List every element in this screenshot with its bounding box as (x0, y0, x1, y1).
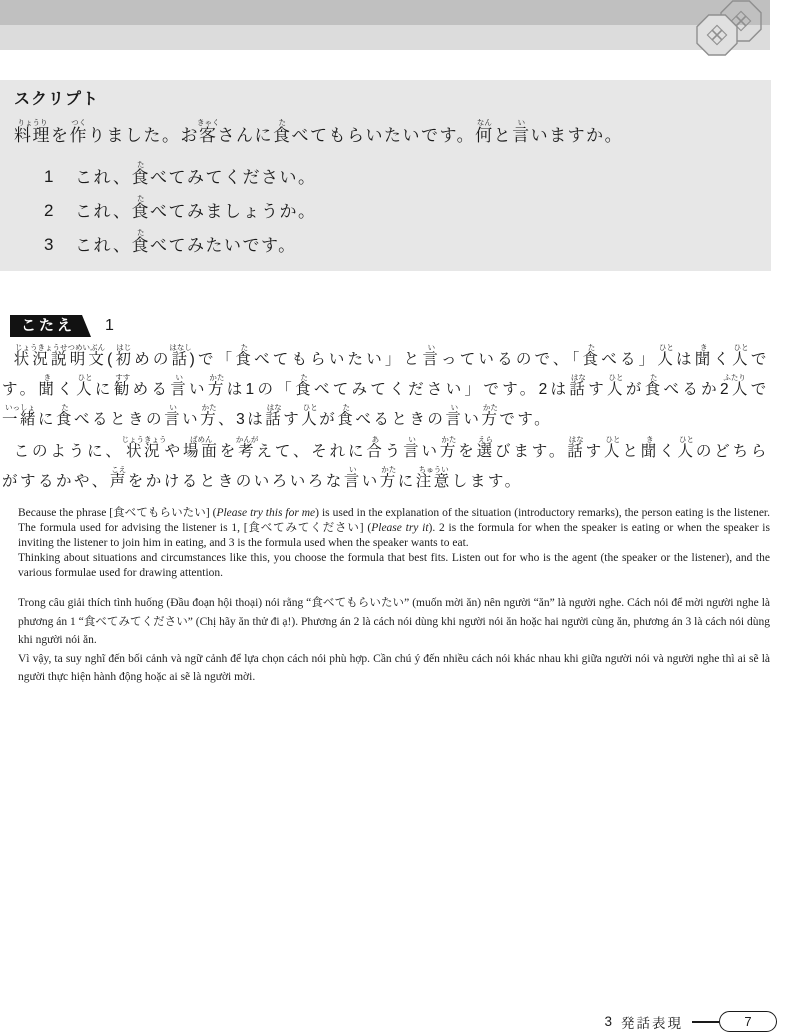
script-heading: スクリプト (14, 90, 757, 110)
script-sentence: 料理りょうりを作つくりました。お客きゃくさんに食たべてもらいたいです。何なんと言… (14, 118, 757, 152)
japanese-paragraph-1: 状況説明文じょうきょうせつめいぶん(初はじめの話はなし)で「食たべてもらいたい」… (2, 343, 769, 435)
option-number: 3 (44, 228, 75, 262)
page-footer: 3 発話表現 7 (604, 1011, 777, 1032)
option-number: 1 (44, 160, 75, 194)
option-item-2: 2 これ、食たべてみましょうか。 (44, 194, 757, 228)
footer-rule (692, 1021, 719, 1023)
answer-explanation-vietnamese: Trong câu giải thích tình huống (Đầu đoạ… (18, 594, 770, 687)
page-number: 7 (744, 1014, 751, 1029)
option-item-3: 3 これ、食たべてみたいです。 (44, 228, 757, 262)
octagon-diamond-crest-icon (688, 0, 768, 58)
footer-section-number: 3 (604, 1014, 612, 1029)
japanese-paragraph-2: このように、状況じょうきょうや場面ばめんを考かんがえて、それに合あう言いい方かた… (2, 435, 769, 497)
top-band-dark (0, 0, 770, 25)
footer-section-title: 発話表現 (621, 1012, 683, 1032)
vietnamese-paragraph-1: Trong câu giải thích tình huống (Đầu đoạ… (18, 594, 770, 650)
options-list: 1 これ、食たべてみてください。 2 これ、食たべてみましょうか。 3 これ、食… (14, 160, 757, 262)
page-number-badge: 7 (719, 1011, 777, 1032)
answer-explanation-japanese: 状況説明文じょうきょうせつめいぶん(初はじめの話はなし)で「食たべてもらいたい」… (2, 343, 769, 497)
english-paragraph-1: Because the phrase [食べてもらいたい] (Please tr… (18, 506, 770, 551)
answer-row: こたえ 1 (10, 315, 114, 337)
option-text: これ、食たべてみましょうか。 (75, 194, 317, 228)
option-text: これ、食たべてみたいです。 (75, 228, 297, 262)
answer-number: 1 (105, 317, 114, 335)
option-item-1: 1 これ、食たべてみてください。 (44, 160, 757, 194)
option-text: これ、食たべてみてください。 (75, 160, 317, 194)
answer-explanation-english: Because the phrase [食べてもらいたい] (Please tr… (18, 506, 770, 581)
english-paragraph-2: Thinking about situations and circumstan… (18, 551, 770, 581)
answer-flag: こたえ (10, 315, 91, 337)
script-section: スクリプト 料理りょうりを作つくりました。お客きゃくさんに食たべてもらいたいです… (0, 80, 771, 271)
option-number: 2 (44, 194, 75, 228)
book-page: スクリプト 料理りょうりを作つくりました。お客きゃくさんに食たべてもらいたいです… (0, 0, 800, 1035)
vietnamese-paragraph-2: Vì vậy, ta suy nghĩ đến bối cảnh và ngữ … (18, 650, 770, 687)
top-band-light (0, 25, 770, 50)
